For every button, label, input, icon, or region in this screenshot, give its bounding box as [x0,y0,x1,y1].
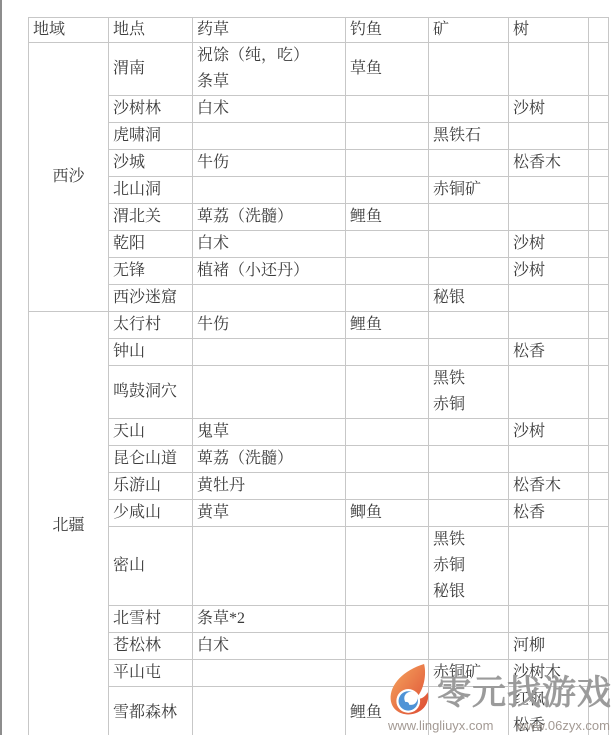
location-cell: 苍松林 [109,633,193,660]
herb-cell [193,123,346,150]
location-cell: 密山 [109,527,193,606]
fish-cell [346,606,429,633]
herb-cell [193,177,346,204]
location-cell: 钟山 [109,339,193,366]
empty-sliver-cell [589,177,609,204]
empty-sliver-cell [589,150,609,177]
tree-cell: 沙树 [509,231,589,258]
empty-sliver-cell [589,419,609,446]
location-cell: 乐游山 [109,473,193,500]
location-cell: 雪都森林 [109,687,193,735]
col-header-tree: 树 [509,18,589,43]
tree-cell: 松香 [509,500,589,527]
tree-cell: 松香木 [509,473,589,500]
table-row: 北疆太行村牛伤鲤鱼 [29,312,609,339]
empty-sliver-cell [589,96,609,123]
ore-cell: 秘银 [429,285,509,312]
table-row: 少咸山黄草鲫鱼松香 [29,500,609,527]
col-header-location: 地点 [109,18,193,43]
herb-cell: 萆荔（洗髓） [193,446,346,473]
location-cell: 渭南 [109,43,193,96]
empty-sliver-cell [589,204,609,231]
ore-cell [429,231,509,258]
herb-cell: 黄草 [193,500,346,527]
herb-cell: 牛伤 [193,150,346,177]
region-cell: 北疆 [29,312,109,735]
empty-sliver-cell [589,446,609,473]
fish-cell [346,366,429,419]
tree-cell: 沙树 [509,258,589,285]
herb-cell: 黄牡丹 [193,473,346,500]
ore-cell [429,633,509,660]
fish-cell [346,285,429,312]
table-row: 天山鬼草沙树 [29,419,609,446]
herb-cell: 鬼草 [193,419,346,446]
ore-cell [429,96,509,123]
tree-cell [509,312,589,339]
location-cell: 乾阳 [109,231,193,258]
location-cell: 平山屯 [109,660,193,687]
empty-sliver-cell [589,312,609,339]
location-cell: 无锋 [109,258,193,285]
ore-cell [429,312,509,339]
ore-cell: 黑铁 赤铜 秘银 [429,527,509,606]
location-cell: 少咸山 [109,500,193,527]
ore-cell [429,500,509,527]
ore-cell [429,606,509,633]
col-header-herb: 药草 [193,18,346,43]
resource-table: 地域 地点 药草 钓鱼 矿 树 西沙渭南祝馀（纯，吃） 条草草鱼沙树林白术沙树虎… [28,17,609,735]
herb-cell: 牛伤 [193,312,346,339]
ore-cell [429,446,509,473]
empty-sliver-cell [589,527,609,606]
col-header-ore: 矿 [429,18,509,43]
fish-cell [346,339,429,366]
herb-cell: 白术 [193,633,346,660]
tree-cell: 沙树 [509,96,589,123]
watermark-url-left: www.lingliuyx.com [388,718,493,733]
table-row: 钟山松香 [29,339,609,366]
ore-cell [429,473,509,500]
empty-sliver-cell [589,473,609,500]
location-cell: 天山 [109,419,193,446]
watermark-site-name: 零元找游戏 [437,665,612,714]
tree-cell [509,606,589,633]
location-cell: 昆仑山道 [109,446,193,473]
watermark: 零元找游戏 www.lingliuyx.com www.06zyx.com [388,662,616,733]
table-row: 北山洞赤铜矿 [29,177,609,204]
left-edge-line [0,0,2,735]
empty-sliver-cell [589,43,609,96]
fish-cell [346,231,429,258]
site-logo-flame-icon [388,663,432,716]
tree-cell [509,177,589,204]
fish-cell: 草鱼 [346,43,429,96]
table-row: 苍松林白术河柳 [29,633,609,660]
herb-cell [193,339,346,366]
table-row: 西沙迷窟秘银 [29,285,609,312]
fish-cell [346,96,429,123]
fish-cell [346,123,429,150]
empty-sliver-cell [589,285,609,312]
region-cell: 西沙 [29,43,109,312]
ore-cell [429,150,509,177]
table-row: 西沙渭南祝馀（纯，吃） 条草草鱼 [29,43,609,96]
herb-cell [193,687,346,735]
tree-cell: 松香木 [509,150,589,177]
tree-cell [509,446,589,473]
herb-cell: 条草*2 [193,606,346,633]
tree-cell [509,285,589,312]
empty-sliver-cell [589,339,609,366]
herb-cell: 萆荔（洗髓） [193,204,346,231]
tree-cell: 沙树 [509,419,589,446]
empty-sliver-cell [589,606,609,633]
herb-cell: 白术 [193,231,346,258]
fish-cell: 鲤鱼 [346,204,429,231]
watermark-urls: www.lingliuyx.com www.06zyx.com [388,718,610,733]
empty-sliver-cell [589,366,609,419]
empty-sliver-cell [589,123,609,150]
table-row: 鸣鼓洞穴黑铁 赤铜 [29,366,609,419]
table-row: 沙树林白术沙树 [29,96,609,123]
location-cell: 渭北关 [109,204,193,231]
fish-cell [346,527,429,606]
table-row: 密山黑铁 赤铜 秘银 [29,527,609,606]
fish-cell [346,150,429,177]
empty-sliver-cell [589,231,609,258]
location-cell: 北雪村 [109,606,193,633]
page: 地域 地点 药草 钓鱼 矿 树 西沙渭南祝馀（纯，吃） 条草草鱼沙树林白术沙树虎… [0,0,616,735]
watermark-logo-row: 零元找游戏 [388,662,616,716]
ore-cell: 赤铜矿 [429,177,509,204]
table-row: 昆仑山道萆荔（洗髓） [29,446,609,473]
fish-cell [346,419,429,446]
empty-sliver-cell [589,633,609,660]
header-row: 地域 地点 药草 钓鱼 矿 树 [29,18,609,43]
location-cell: 沙城 [109,150,193,177]
herb-cell: 植褚（小还丹） [193,258,346,285]
tree-cell [509,43,589,96]
location-cell: 虎啸洞 [109,123,193,150]
tree-cell: 松香 [509,339,589,366]
fish-cell [346,633,429,660]
table-row: 虎啸洞黑铁石 [29,123,609,150]
location-cell: 沙树林 [109,96,193,123]
tree-cell [509,527,589,606]
col-header-sliver [589,18,609,43]
location-cell: 西沙迷窟 [109,285,193,312]
table-row: 北雪村条草*2 [29,606,609,633]
herb-cell [193,660,346,687]
location-cell: 鸣鼓洞穴 [109,366,193,419]
tree-cell [509,204,589,231]
tree-cell [509,123,589,150]
fish-cell: 鲤鱼 [346,312,429,339]
table-row: 乐游山黄牡丹松香木 [29,473,609,500]
table-row: 渭北关萆荔（洗髓）鲤鱼 [29,204,609,231]
table-row: 乾阳白术沙树 [29,231,609,258]
watermark-url-right: www.06zyx.com [517,718,610,733]
herb-cell [193,366,346,419]
fish-cell [346,177,429,204]
herb-cell [193,285,346,312]
ore-cell: 黑铁石 [429,123,509,150]
fish-cell [346,258,429,285]
fish-cell: 鲫鱼 [346,500,429,527]
table-row: 沙城牛伤松香木 [29,150,609,177]
location-cell: 北山洞 [109,177,193,204]
empty-sliver-cell [589,500,609,527]
herb-cell: 白术 [193,96,346,123]
ore-cell [429,419,509,446]
table-row: 无锋植褚（小还丹）沙树 [29,258,609,285]
ore-cell: 黑铁 赤铜 [429,366,509,419]
ore-cell [429,258,509,285]
ore-cell [429,204,509,231]
tree-cell: 河柳 [509,633,589,660]
fish-cell [346,473,429,500]
location-cell: 太行村 [109,312,193,339]
ore-cell [429,43,509,96]
ore-cell [429,339,509,366]
fish-cell [346,446,429,473]
col-header-region: 地域 [29,18,109,43]
herb-cell: 祝馀（纯，吃） 条草 [193,43,346,96]
empty-sliver-cell [589,258,609,285]
tree-cell [509,366,589,419]
herb-cell [193,527,346,606]
col-header-fish: 钓鱼 [346,18,429,43]
